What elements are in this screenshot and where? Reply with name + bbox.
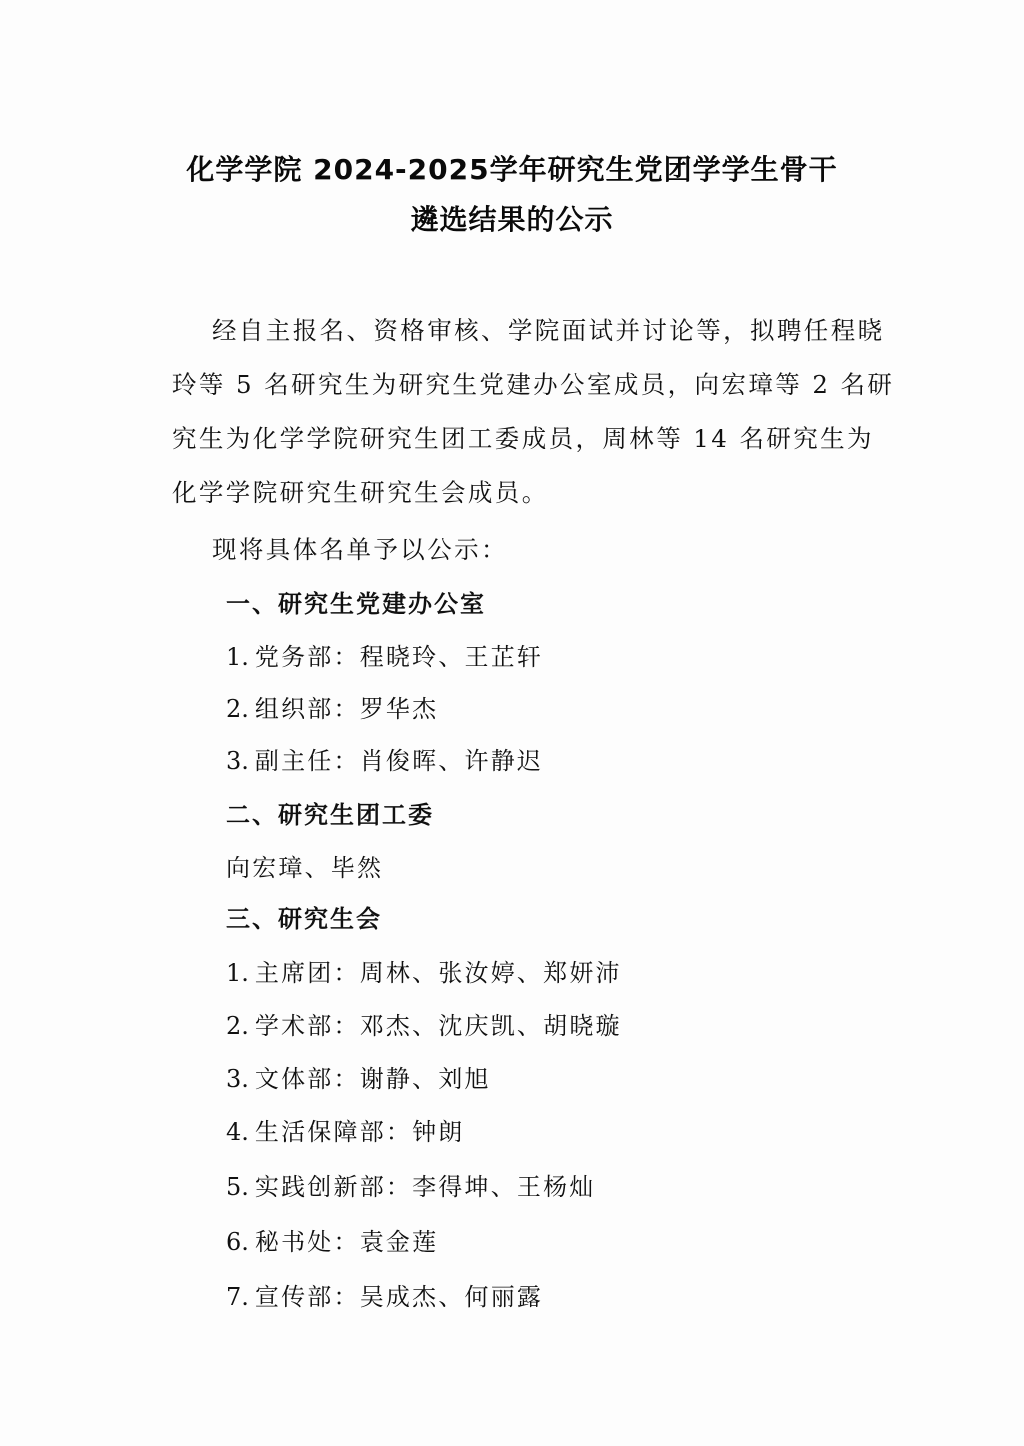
document-title-line-2: 遴选结果的公示 [0,198,1024,238]
item-dept: 党务部： [255,643,360,671]
list-item: 5.实践创新部：李得坤、王杨灿 [226,1167,596,1202]
item-names: 袁金莲 [360,1228,439,1256]
list-item: 4.生活保障部：钟朗 [226,1112,465,1147]
item-dept: 主席团： [255,959,360,987]
item-names: 肖俊晖、许静迟 [360,747,543,775]
list-item: 7.宣传部：吴成杰、何丽露 [226,1277,543,1312]
item-names: 吴成杰、何丽露 [360,1283,543,1311]
list-item: 3.副主任：肖俊晖、许静迟 [226,741,543,776]
item-number: 3. [226,747,249,775]
list-item: 1.主席团：周林、张汝婷、郑妍沛 [226,953,622,988]
intro-line-4: 化学学院研究生研究生会成员。 [172,474,549,509]
item-names: 邓杰、沈庆凯、胡晓璇 [360,1012,622,1040]
item-number: 2. [226,1012,249,1040]
list-item: 6.秘书处：袁金莲 [226,1222,438,1257]
intro-line-2: 玲等 5 名研究生为研究生党建办公室成员，向宏璋等 2 名研 [172,366,894,401]
item-number: 1. [226,959,249,987]
item-names: 程晓玲、王芷轩 [360,643,543,671]
section-heading-party-office: 一、研究生党建办公室 [226,584,486,619]
section-heading-youth-league: 二、研究生团工委 [226,795,434,830]
item-dept: 秘书处： [255,1228,360,1256]
item-number: 6. [226,1228,249,1256]
item-number: 5. [226,1173,249,1201]
section-heading-student-union: 三、研究生会 [226,899,382,934]
list-item: 3.文体部：谢静、刘旭 [226,1059,491,1094]
item-number: 2. [226,695,249,723]
document-page: 化学学院 2024-2025学年研究生党团学学生骨干 遴选结果的公示 经自主报名… [0,0,1024,1446]
item-dept: 副主任： [255,747,360,775]
item-dept: 生活保障部： [255,1118,412,1146]
intro-line-1: 经自主报名、资格审核、学院面试并讨论等，拟聘任程晓 [212,312,885,347]
item-dept: 学术部： [255,1012,360,1040]
item-dept: 实践创新部： [255,1173,412,1201]
intro-line-3: 究生为化学学院研究生团工委成员，周林等 14 名研究生为 [172,420,874,455]
announce-line: 现将具体名单予以公示： [212,531,508,566]
item-number: 1. [226,643,249,671]
list-item: 2.组织部：罗华杰 [226,689,438,724]
youth-league-members: 向宏璋、毕然 [226,848,383,883]
item-dept: 文体部： [255,1065,360,1093]
item-dept: 宣传部： [255,1283,360,1311]
item-number: 4. [226,1118,249,1146]
item-names: 李得坤、王杨灿 [412,1173,595,1201]
item-number: 3. [226,1065,249,1093]
list-item: 1.党务部：程晓玲、王芷轩 [226,637,543,672]
document-title-line-1: 化学学院 2024-2025学年研究生党团学学生骨干 [0,148,1024,188]
item-names: 罗华杰 [360,695,439,723]
item-names: 钟朗 [412,1118,464,1146]
item-number: 7. [226,1283,249,1311]
list-item: 2.学术部：邓杰、沈庆凯、胡晓璇 [226,1006,622,1041]
item-dept: 组织部： [255,695,360,723]
item-names: 谢静、刘旭 [360,1065,491,1093]
item-names: 周林、张汝婷、郑妍沛 [360,959,622,987]
